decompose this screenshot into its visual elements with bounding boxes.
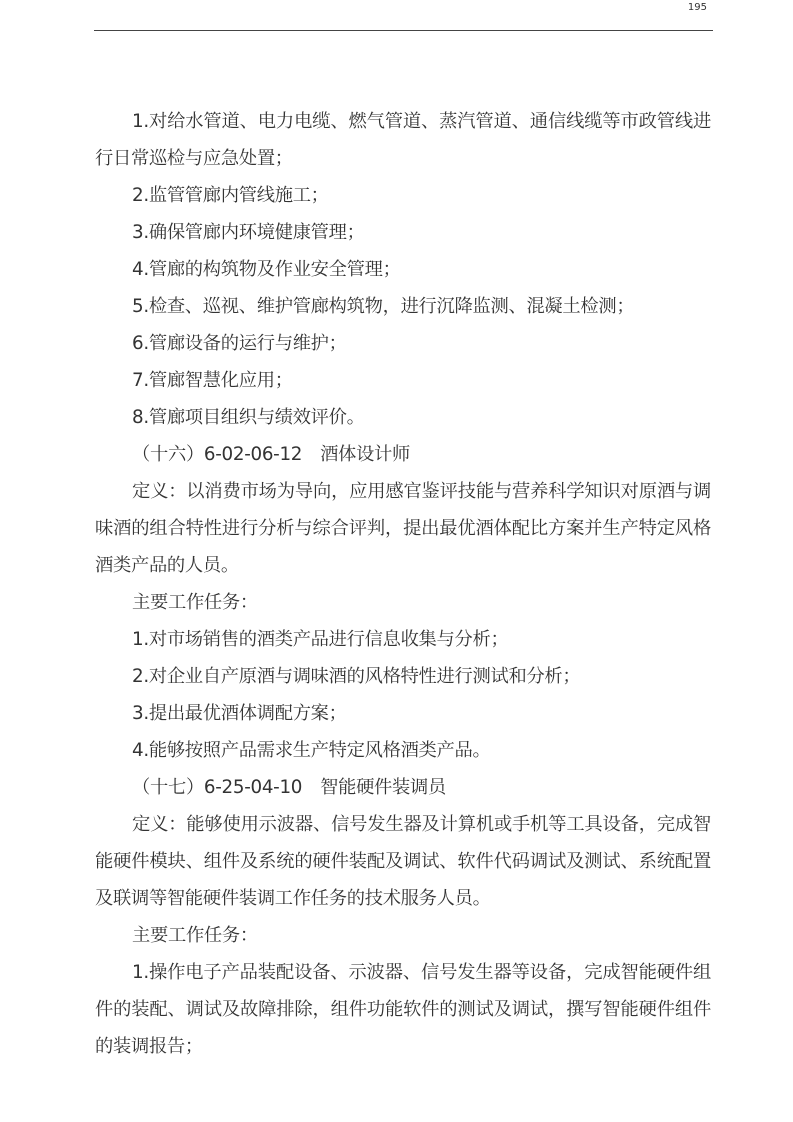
occupation-heading: （十七）6-25-04-10 智能硬件装调员 [95,769,711,806]
task-item: 1.操作电子产品装配设备、示波器、信号发生器等设备，完成智能硬件组件的装配、调试… [95,954,711,1065]
definition-paragraph: 定义：以消费市场为导向，应用感官鉴评技能与营养科学知识对原酒与调味酒的组合特性进… [95,473,711,584]
task-item: 4.能够按照产品需求生产特定风格酒类产品。 [95,732,711,769]
task-item: 2.监管管廊内管线施工； [95,177,711,214]
task-item: 3.提出最优酒体调配方案； [95,695,711,732]
definition-paragraph: 定义：能够使用示波器、信号发生器及计算机或手机等工具设备，完成智能硬件模块、组件… [95,806,711,917]
tasks-label: 主要工作任务： [95,584,711,621]
task-item: 6.管廊设备的运行与维护； [95,325,711,362]
task-item: 1.对给水管道、电力电缆、燃气管道、蒸汽管道、通信线缆等市政管线进行日常巡检与应… [95,103,711,177]
tasks-label: 主要工作任务： [95,917,711,954]
page-number: 195 [688,2,707,13]
task-item: 4.管廊的构筑物及作业安全管理； [95,251,711,288]
header-rule [94,30,713,31]
task-item: 7.管廊智慧化应用； [95,362,711,399]
task-item: 3.确保管廊内环境健康管理； [95,214,711,251]
occupation-heading: （十六）6-02-06-12 酒体设计师 [95,436,711,473]
document-body: 1.对给水管道、电力电缆、燃气管道、蒸汽管道、通信线缆等市政管线进行日常巡检与应… [95,103,711,1065]
task-item: 2.对企业自产原酒与调味酒的风格特性进行测试和分析； [95,658,711,695]
task-item: 5.检查、巡视、维护管廊构筑物，进行沉降监测、混凝土检测； [95,288,711,325]
task-item: 1.对市场销售的酒类产品进行信息收集与分析； [95,621,711,658]
task-item: 8.管廊项目组织与绩效评价。 [95,399,711,436]
